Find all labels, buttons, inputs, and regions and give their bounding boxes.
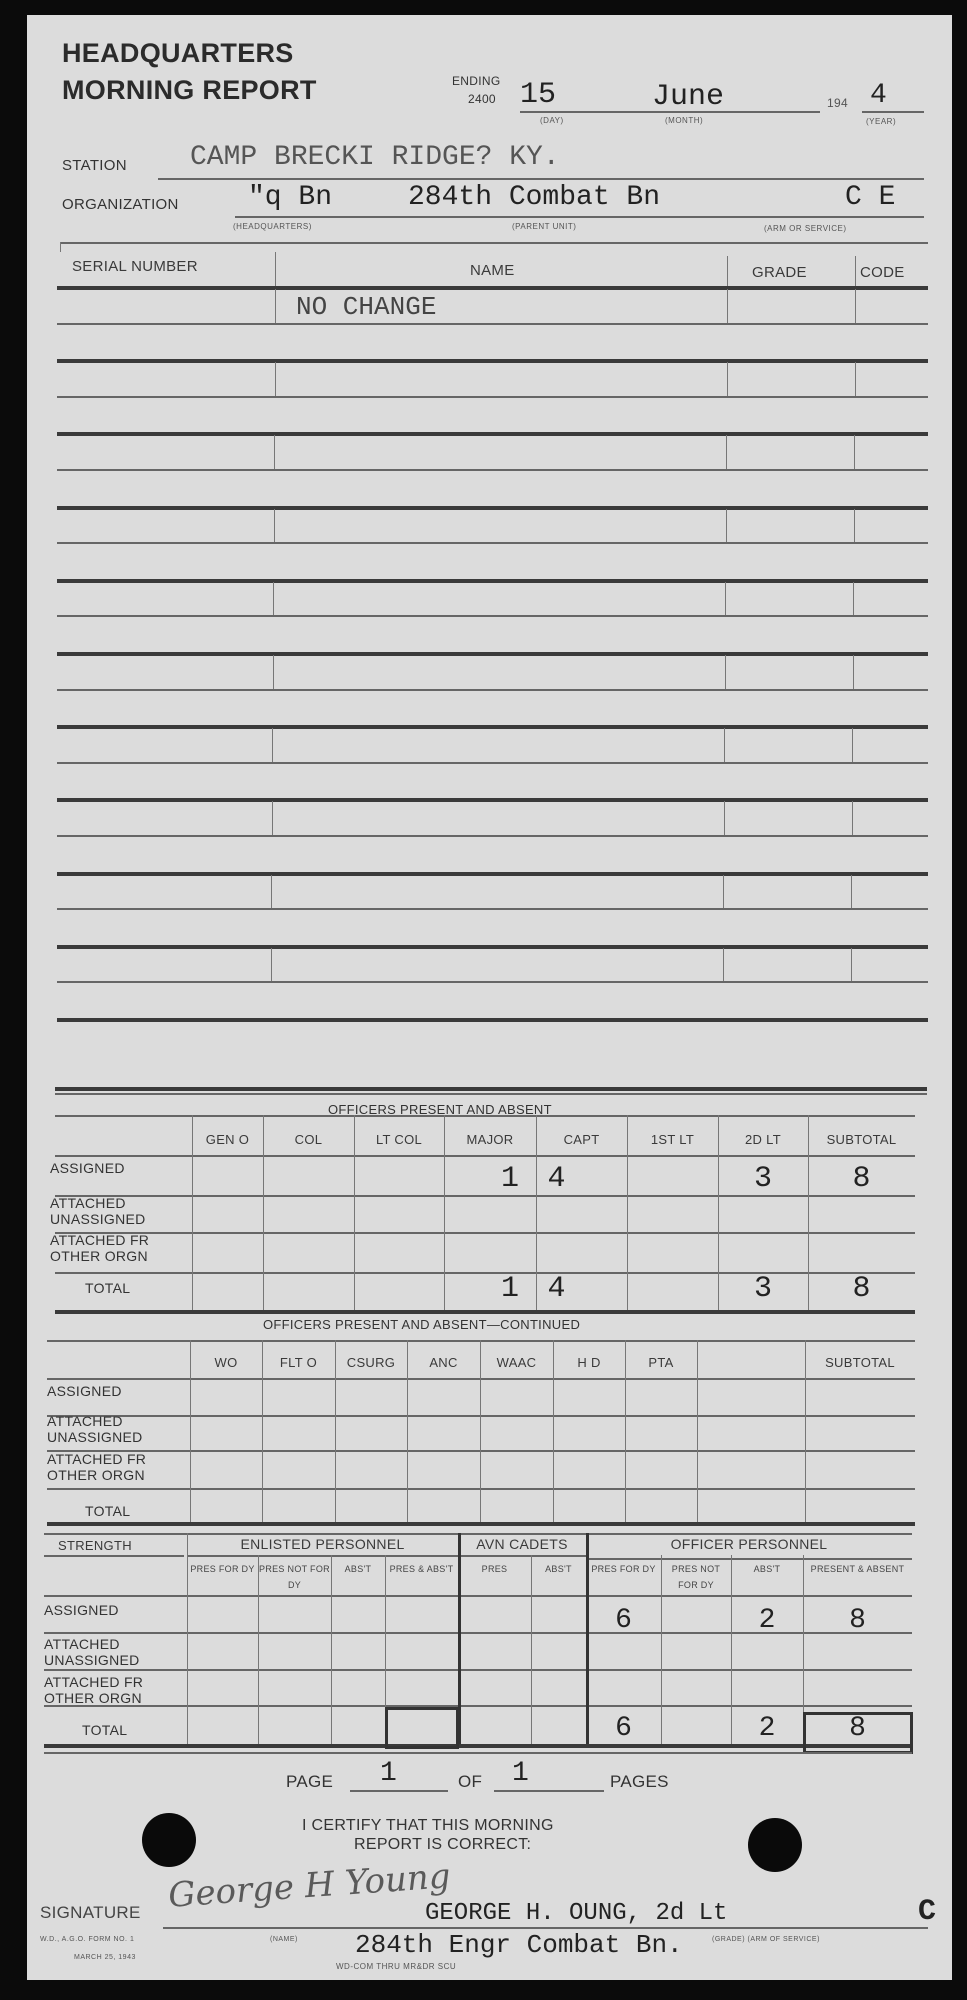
- continued-col-header: WO: [190, 1355, 262, 1370]
- col-code: CODE: [860, 264, 905, 281]
- arm-or-service-value: C E: [845, 182, 895, 213]
- officers-table-rule: [55, 1115, 915, 1117]
- strength-rule: [44, 1555, 184, 1557]
- roster-rule-minor: [57, 615, 928, 617]
- roster-rule-major: [57, 432, 928, 436]
- roster-divider: [275, 289, 276, 323]
- strength-col-header: PRESENT & ABSENT: [803, 1561, 912, 1577]
- officers-col-header: COL: [263, 1132, 354, 1147]
- roster-divider: [855, 256, 856, 288]
- officers-continued-title: OFFICERS PRESENT AND ABSENT—CONTINUED: [263, 1317, 580, 1332]
- col-serial-number: SERIAL NUMBER: [72, 258, 198, 275]
- year-caption: (YEAR): [866, 117, 896, 126]
- station-value: CAMP BRECKI RIDGE? KY.: [190, 142, 560, 173]
- roster-divider: [853, 655, 854, 689]
- officers-col-header: CAPT: [536, 1132, 627, 1147]
- page-label: PAGE: [286, 1772, 333, 1792]
- form-date: MARCH 25, 1943: [74, 1954, 136, 1961]
- strength-rule: [458, 1555, 586, 1557]
- strength-divider: [331, 1555, 332, 1744]
- form-title-morning-report: MORNING REPORT: [62, 75, 317, 106]
- roster-divider: [726, 435, 727, 469]
- roster-divider: [275, 252, 276, 286]
- officers-cell-value: 4: [536, 1162, 577, 1196]
- page-underline: [350, 1790, 448, 1792]
- roster-rule-major: [57, 872, 928, 876]
- strength-col-header: PRES: [458, 1561, 531, 1577]
- continued-row-label: TOTAL: [85, 1503, 220, 1519]
- officers-continued-rule: [47, 1340, 915, 1342]
- roster-divider: [274, 435, 275, 469]
- section-rule: [55, 1087, 927, 1091]
- roster-divider: [854, 509, 855, 543]
- strength-col-header: PRES FOR DY: [586, 1561, 661, 1577]
- officers-table-rule: [55, 1155, 915, 1157]
- continued-col-header: H D: [553, 1355, 625, 1370]
- strength-col-header: PRES NOT FOR DY: [258, 1561, 331, 1593]
- roster-rule-major: [57, 359, 928, 363]
- strength-row-label: ASSIGNED: [44, 1602, 184, 1618]
- roster-divider: [855, 362, 856, 396]
- printer-line: WD-COM THRU MR&DR SCU: [336, 1962, 456, 1971]
- continued-row-label: ATTACHED FR OTHER ORGN: [47, 1451, 182, 1483]
- roster-rule-minor: [57, 396, 928, 398]
- officers-cell-value: 4: [536, 1272, 577, 1306]
- roster-top-border: [60, 242, 928, 244]
- roster-divider: [723, 948, 724, 982]
- strength-col-header: ABS'T: [331, 1561, 385, 1577]
- roster-rule-major: [57, 798, 928, 802]
- certify-line-2: REPORT IS CORRECT:: [354, 1836, 531, 1854]
- officers-row-label: ATTACHED UNASSIGNED: [50, 1195, 180, 1227]
- roster-divider: [272, 801, 273, 835]
- officers-row-label: ASSIGNED: [50, 1160, 180, 1176]
- officers-row-label: TOTAL: [85, 1280, 215, 1296]
- officers-continued-divider: [697, 1340, 698, 1522]
- roster-divider: [854, 435, 855, 469]
- roster-divider: [724, 728, 725, 762]
- day-value: 15: [520, 78, 556, 112]
- strength-rule: [44, 1533, 912, 1535]
- roster-rule-minor: [57, 469, 928, 471]
- strength-cell-value: 2: [731, 1605, 803, 1636]
- strength-cell-value: 6: [586, 1713, 661, 1744]
- roster-divider: [852, 728, 853, 762]
- strength-cell-value: 6: [586, 1605, 661, 1636]
- roster-divider: [273, 655, 274, 689]
- roster-divider: [727, 256, 728, 288]
- page-number: 1: [380, 1758, 397, 1789]
- roster-rule-major: [57, 652, 928, 656]
- officers-col-header: 1ST LT: [627, 1132, 718, 1147]
- roster-corner: [60, 242, 61, 252]
- strength-group-header: ENLISTED PERSONNEL: [187, 1536, 458, 1552]
- arm-caption: (ARM OR SERVICE): [764, 224, 847, 233]
- roster-rule-major: [57, 286, 928, 290]
- officers-col-header: LT COL: [354, 1132, 444, 1147]
- strength-group-header: AVN CADETS: [458, 1536, 586, 1552]
- year-prefix: 194: [827, 96, 848, 110]
- officers-table-rule: [55, 1232, 915, 1234]
- roster-divider: [727, 289, 728, 323]
- month-caption: (MONTH): [665, 116, 703, 125]
- station-underline: [158, 178, 924, 180]
- organization-label: ORGANIZATION: [62, 196, 179, 213]
- strength-col-header: PRES NOT FOR DY: [661, 1561, 731, 1593]
- ending-label: ENDING: [452, 74, 500, 88]
- ending-time: 2400: [468, 92, 496, 106]
- strength-rule: [44, 1595, 912, 1597]
- signature-underline: [163, 1927, 928, 1929]
- date-underline: [520, 111, 820, 113]
- roster-divider: [275, 362, 276, 396]
- roster-divider: [727, 362, 728, 396]
- strength-col-header: PRES FOR DY: [187, 1561, 258, 1577]
- roster-divider: [725, 582, 726, 616]
- year-underline: [862, 111, 924, 113]
- strength-rule: [44, 1752, 912, 1754]
- enlisted-total-box: [385, 1707, 459, 1749]
- roster-divider: [853, 582, 854, 616]
- continued-col-header: CSURG: [335, 1355, 407, 1370]
- roster-rule-major: [57, 945, 928, 949]
- officers-continued-rule: [47, 1378, 915, 1380]
- continued-col-header: FLT O: [262, 1355, 335, 1370]
- strength-rule: [586, 1558, 912, 1560]
- officers-cell-value: 8: [808, 1272, 915, 1306]
- roster-rule-minor: [57, 542, 928, 544]
- continued-row-label: ASSIGNED: [47, 1383, 182, 1399]
- roster-rule-minor: [57, 323, 928, 325]
- col-name: NAME: [470, 262, 515, 279]
- total-pages: 1: [512, 1758, 529, 1789]
- roster-rule-minor: [57, 981, 928, 983]
- total-underline: [494, 1790, 604, 1792]
- roster-divider: [273, 582, 274, 616]
- no-change-stamp: NO CHANGE: [296, 292, 436, 322]
- strength-rule: [187, 1555, 458, 1557]
- continued-col-header: SUBTOTAL: [805, 1355, 915, 1370]
- strength-cell-value: 8: [803, 1605, 912, 1636]
- roster-divider: [852, 801, 853, 835]
- strength-divider: [531, 1555, 532, 1744]
- parent-unit-caption: (PARENT UNIT): [512, 222, 576, 231]
- strength-col-header: PRES & ABS'T: [385, 1561, 458, 1577]
- col-grade: GRADE: [752, 264, 807, 281]
- day-caption: (DAY): [540, 116, 564, 125]
- grade-caption: (GRADE) (ARM OF SERVICE): [712, 1936, 820, 1943]
- strength-row-label: ATTACHED UNASSIGNED: [44, 1636, 184, 1668]
- roster-rule-major: [57, 579, 928, 583]
- name-caption: (NAME): [270, 1936, 298, 1943]
- roster-rule-major: [57, 506, 928, 510]
- binder-hole-right: [748, 1818, 802, 1872]
- of-label: OF: [458, 1772, 482, 1792]
- roster-divider: [724, 801, 725, 835]
- roster-rule-major: [57, 1018, 928, 1022]
- form-number: W.D., A.G.O. FORM NO. 1: [40, 1936, 134, 1943]
- strength-group-header: OFFICER PERSONNEL: [586, 1536, 912, 1552]
- station-label: STATION: [62, 157, 127, 174]
- signature-label: SIGNATURE: [40, 1903, 141, 1923]
- roster-divider: [855, 289, 856, 323]
- year-value: 4: [870, 80, 887, 111]
- continued-col-header: WAAC: [480, 1355, 553, 1370]
- strength-col-header: ABS'T: [731, 1561, 803, 1577]
- strength-cell-value: 2: [731, 1713, 803, 1744]
- roster-rule-minor: [57, 762, 928, 764]
- roster-divider: [271, 948, 272, 982]
- roster-rule-minor: [57, 908, 928, 910]
- roster-rule-major: [57, 725, 928, 729]
- typed-name: GEORGE H. OUNG, 2d Lt: [425, 1900, 727, 1927]
- continued-col-header: PTA: [625, 1355, 697, 1370]
- roster-divider: [723, 875, 724, 909]
- section-rule: [55, 1093, 927, 1095]
- roster-divider: [725, 655, 726, 689]
- month-value: June: [652, 80, 724, 114]
- strength-row-label: TOTAL: [82, 1722, 222, 1738]
- pages-label: PAGES: [610, 1772, 669, 1792]
- binder-hole-left: [142, 1813, 196, 1867]
- roster-divider: [851, 948, 852, 982]
- roster-rule-minor: [57, 689, 928, 691]
- officers-continued-rule: [47, 1488, 915, 1490]
- headquarters-caption: (HEADQUARTERS): [233, 222, 312, 231]
- roster-divider: [851, 875, 852, 909]
- strength-col-header: ABS'T: [531, 1561, 586, 1577]
- continued-row-label: ATTACHED UNASSIGNED: [47, 1413, 182, 1445]
- roster-divider: [271, 875, 272, 909]
- organization-underline: [235, 216, 924, 218]
- strength-row-label: ATTACHED FR OTHER ORGN: [44, 1674, 184, 1706]
- strength-rule: [44, 1744, 912, 1748]
- officers-cell-value: 8: [808, 1162, 915, 1196]
- officers-continued-rule: [47, 1522, 915, 1526]
- officers-table-rule: [55, 1310, 915, 1314]
- margin-mark: C: [918, 1895, 936, 1929]
- officers-cell-value: 3: [718, 1272, 808, 1306]
- roster-rule-minor: [57, 835, 928, 837]
- officers-col-header: 2D LT: [718, 1132, 808, 1147]
- strength-label: STRENGTH: [58, 1538, 132, 1553]
- officers-col-header: MAJOR: [444, 1132, 536, 1147]
- officers-col-header: SUBTOTAL: [808, 1132, 915, 1147]
- officers-col-header: GEN O: [192, 1132, 263, 1147]
- parent-unit-value: 284th Combat Bn: [408, 182, 660, 213]
- strength-rule: [44, 1669, 912, 1671]
- roster-divider: [272, 728, 273, 762]
- officers-row-label: ATTACHED FR OTHER ORGN: [50, 1232, 180, 1264]
- continued-col-header: ANC: [407, 1355, 480, 1370]
- unit-typed: 284th Engr Combat Bn.: [355, 1930, 683, 1960]
- form-title-headquarters: HEADQUARTERS: [62, 38, 294, 69]
- headquarters-value: "q Bn: [248, 182, 332, 213]
- roster-divider: [274, 509, 275, 543]
- officer-total-box: [803, 1712, 913, 1754]
- certify-line-1: I CERTIFY THAT THIS MORNING: [302, 1817, 554, 1835]
- officers-cell-value: 3: [718, 1162, 808, 1196]
- roster-divider: [726, 509, 727, 543]
